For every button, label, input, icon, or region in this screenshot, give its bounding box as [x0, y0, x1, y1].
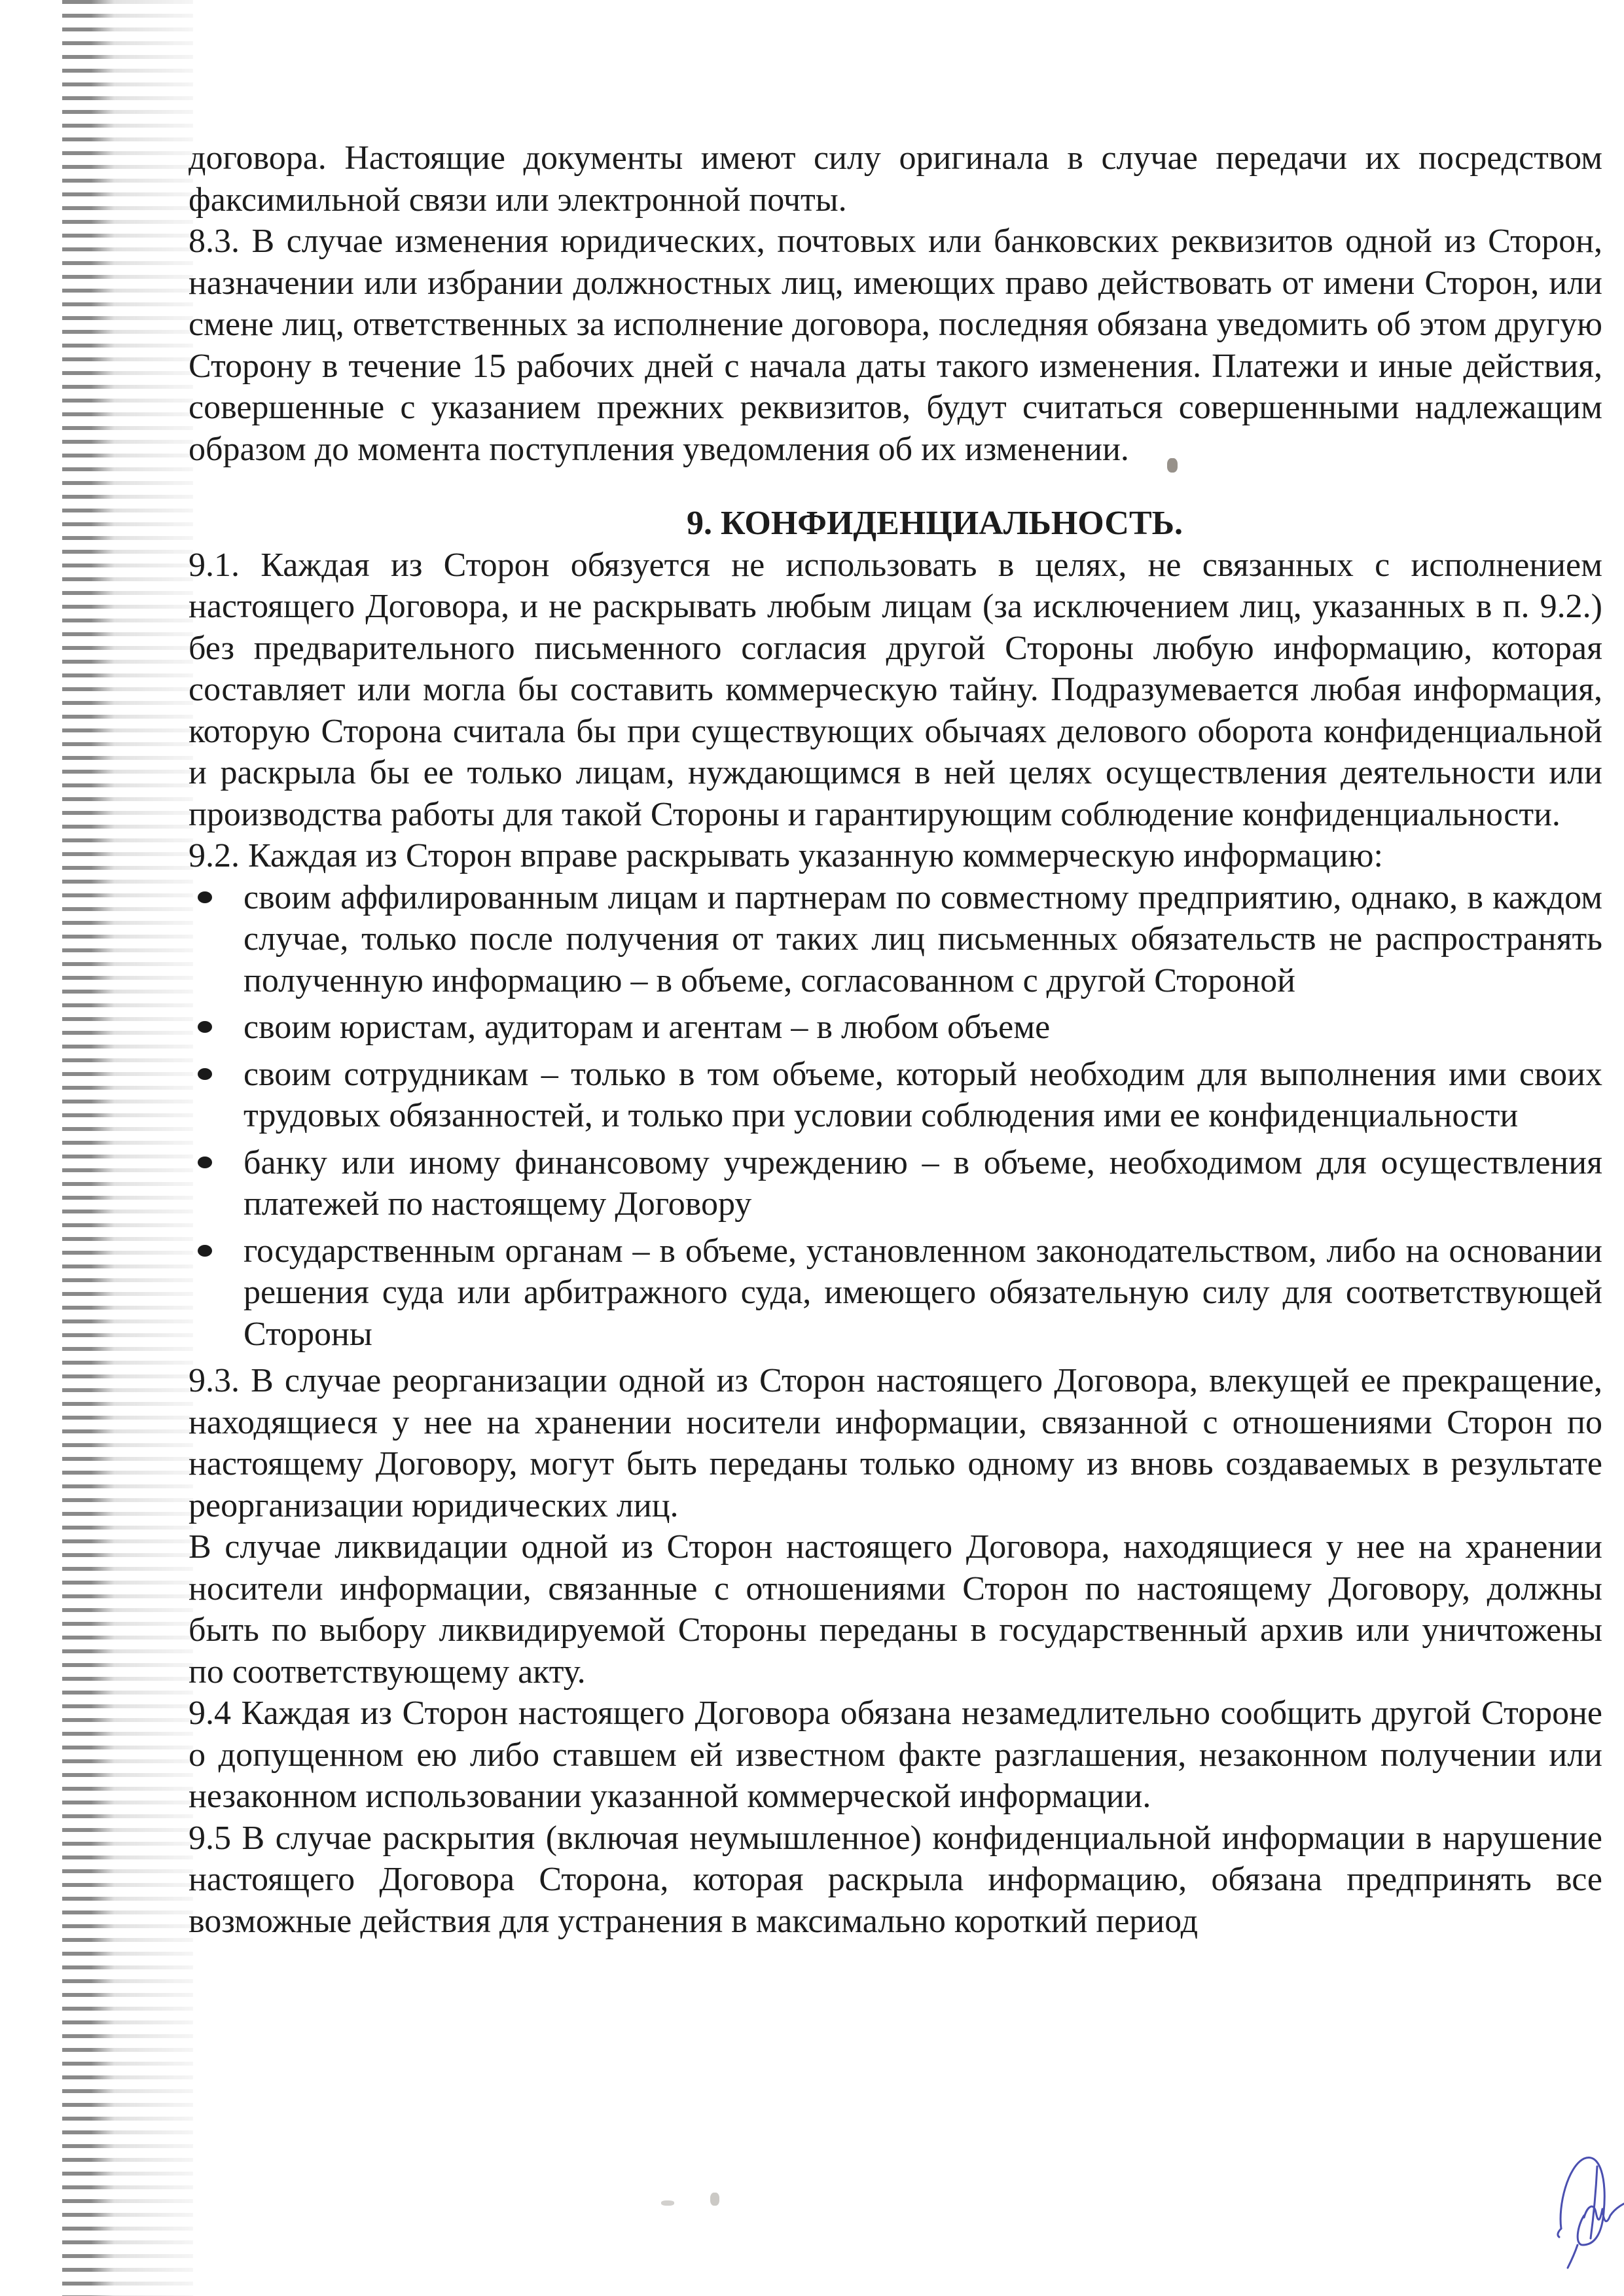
scan-edge-noise — [62, 0, 193, 2296]
clause-9-3: 9.3. В случае реорганизации одной из Сто… — [189, 1360, 1602, 1526]
scan-speck — [710, 2193, 719, 2206]
bullet-icon — [198, 1245, 212, 1257]
list-item: банку или иному финансовому учреждению –… — [189, 1142, 1602, 1225]
document-page: договора. Настоящие документы имеют силу… — [189, 137, 1602, 1942]
clause-9-1: 9.1. Каждая из Сторон обязуется не испол… — [189, 545, 1602, 836]
bullet-icon — [198, 1021, 212, 1033]
bullet-icon — [198, 1157, 212, 1168]
scan-speck — [1167, 458, 1178, 473]
clause-9-3-liquidation: В случае ликвидации одной из Сторон наст… — [189, 1526, 1602, 1693]
scan-speck — [661, 2200, 674, 2206]
signature-icon — [1538, 2140, 1624, 2271]
clause-9-2-list: своим аффилированным лицам и партнерам п… — [189, 877, 1602, 1355]
clause-9-5: 9.5 В случае раскрытия (включая неумышле… — [189, 1818, 1602, 1943]
section-title: 9. КОНФИДЕНЦИАЛЬНОСТЬ. — [189, 503, 1602, 545]
list-item: своим сотрудникам – только в том объеме,… — [189, 1054, 1602, 1137]
bullet-icon — [198, 891, 212, 903]
clause-9-4: 9.4 Каждая из Сторон настоящего Договора… — [189, 1693, 1602, 1818]
bullet-icon — [198, 1068, 212, 1080]
clause-9-2-intro: 9.2. Каждая из Сторон вправе раскрывать … — [189, 835, 1602, 877]
list-item: своим аффилированным лицам и партнерам п… — [189, 877, 1602, 1002]
paragraph-continuation: договора. Настоящие документы имеют силу… — [189, 137, 1602, 221]
list-item: своим юристам, аудиторам и агентам – в л… — [189, 1007, 1602, 1049]
list-item: государственным органам – в объеме, уста… — [189, 1230, 1602, 1355]
clause-8-3: 8.3. В случае изменения юридических, поч… — [189, 221, 1602, 470]
